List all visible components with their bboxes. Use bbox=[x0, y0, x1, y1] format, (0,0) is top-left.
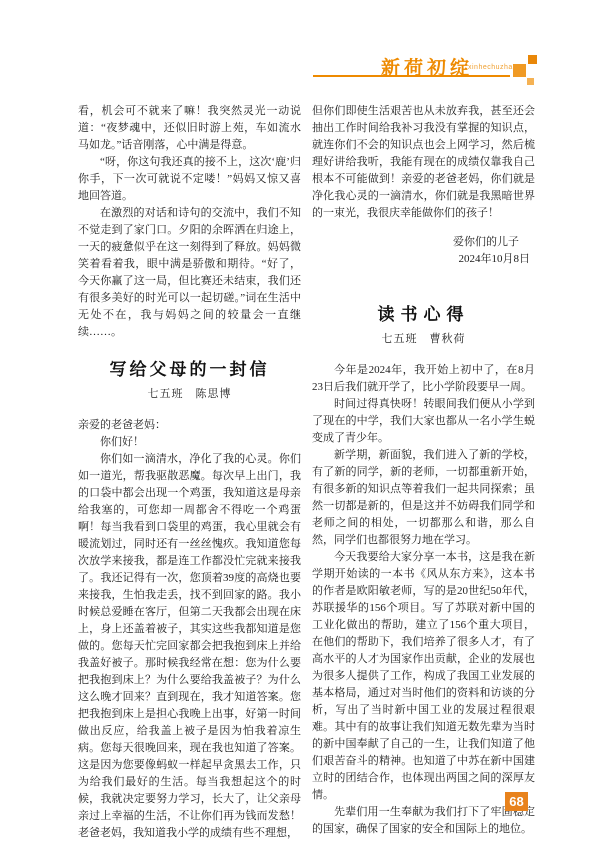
brand-title: 新荷初绽 bbox=[381, 53, 473, 80]
paragraph: 今年是2024年，我开始上初中了，在8月23日后我们就开学了，比小学阶段要早一周… bbox=[312, 362, 535, 396]
square-decoration bbox=[513, 64, 526, 77]
signature-date: 2024年10月8日 bbox=[312, 251, 535, 268]
letter-title: 写给父母的一封信 bbox=[78, 361, 301, 378]
review-paragraphs: 今年是2024年，我开始上初中了，在8月23日后我们就开学了，比小学阶段要早一周… bbox=[312, 362, 535, 838]
brand-squares-icon bbox=[513, 55, 539, 86]
page-number-badge: 68 bbox=[505, 792, 528, 811]
letter-salutation: 亲爱的老爸老妈： bbox=[78, 417, 301, 434]
paragraph: 在激烈的对话和诗句的交流中，我们不知不觉走到了家门口。夕阳的余晖洒在归途上，一天… bbox=[78, 205, 301, 341]
page-body: 看，机会可不就来了嘛！我突然灵光一动说道：“夜梦魂中，还似旧时游上苑，车如流水马… bbox=[78, 103, 535, 842]
letter-body: 你们如一滴清水，净化了我的心灵。你们如一道光，帮我驱散恶魔。每次早上出门，我的口… bbox=[78, 451, 301, 842]
magazine-page: 新荷初绽 xinhechuzhan 看，机会可不就来了嘛！我突然灵光一动说道：“… bbox=[0, 0, 600, 849]
letter-author: 七五班 陈思博 bbox=[78, 386, 301, 403]
square-decoration bbox=[527, 78, 534, 85]
signature-name: 爱你们的儿子 bbox=[312, 234, 535, 251]
paragraph: 新学期，新面貌，我们进入了新的学校，有了新的同学，新的老师，一切都重新开始，有很… bbox=[312, 447, 535, 549]
review-author: 七五班 曹秋荷 bbox=[312, 331, 535, 348]
paragraph: “呀，你这句我还真的接不上，这次‘鹿’归你手，下一次可就说不定喽！”妈妈又惊又喜… bbox=[78, 154, 301, 205]
letter-greeting: 你们好！ bbox=[78, 434, 301, 451]
letter-continued-paragraph: 但你们即使生活艰苦也从未放弃我，甚至还会抽出工作时间给我补习我没有掌握的知识点，… bbox=[312, 103, 535, 222]
right-column: 但你们即使生活艰苦也从未放弃我，甚至还会抽出工作时间给我补习我没有掌握的知识点，… bbox=[312, 103, 535, 842]
paragraph: 今天我要给大家分享一本书，这是我在新学期开始读的一本书《风从东方来》，这本书的作… bbox=[312, 549, 535, 804]
square-decoration bbox=[528, 55, 537, 64]
left-column: 看，机会可不就来了嘛！我突然灵光一动说道：“夜梦魂中，还似旧时游上苑，车如流水马… bbox=[78, 103, 301, 842]
brand-subtitle: xinhechuzhan bbox=[468, 64, 517, 71]
continuation-paragraph: 看，机会可不就来了嘛！我突然灵光一动说道：“夜梦魂中，还似旧时游上苑，车如流水马… bbox=[78, 103, 301, 154]
review-title: 读书心得 bbox=[312, 306, 535, 323]
paragraph: 先辈们用一生奉献为我们打下了牢固稳定的国家，确保了国家的安全和国际上的地位。 bbox=[312, 804, 535, 838]
continuation-paragraphs: “呀，你这句我还真的接不上，这次‘鹿’归你手，下一次可就说不定喽！”妈妈又惊又喜… bbox=[78, 154, 301, 341]
paragraph: 时间过得真快呀！转眼间我们便从小学到了现在的中学，我们大家也都从一名小学生蜕变成… bbox=[312, 396, 535, 447]
